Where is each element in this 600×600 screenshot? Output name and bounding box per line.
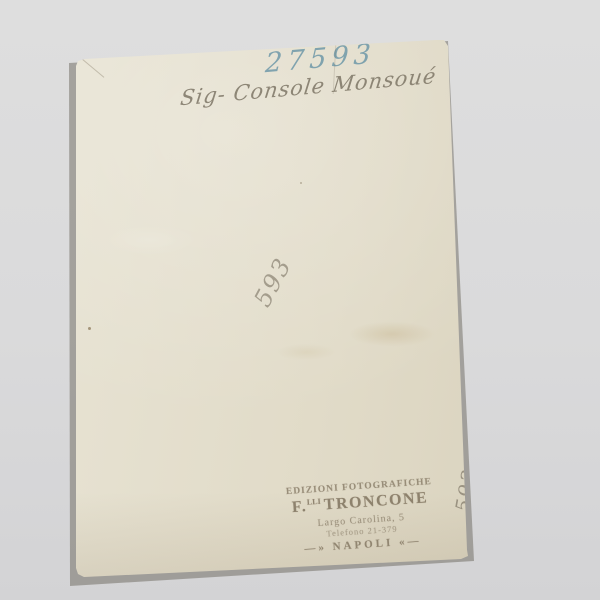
stamp-city-left-ornament: —» [304,541,327,555]
stamp-city-text: NAPOLI [332,537,393,553]
photo-background: 27593 Sig- Console Monsoué 593 EDIZIONI … [0,0,600,600]
speck [88,327,91,330]
photographer-stamp: EDIZIONI FOTOGRAFICHE F.LLITRONCONE Larg… [275,476,447,557]
corner-crease [78,55,105,78]
stamp-name-superscript: LLI [307,497,321,507]
speck [300,182,302,184]
stamp-city-right-ornament: «— [399,535,422,549]
stamp-name-prefix: F. [291,498,307,516]
photo-card-back: 27593 Sig- Console Monsoué 593 EDIZIONI … [0,0,600,600]
pencil-number-center: 593 [242,240,304,324]
